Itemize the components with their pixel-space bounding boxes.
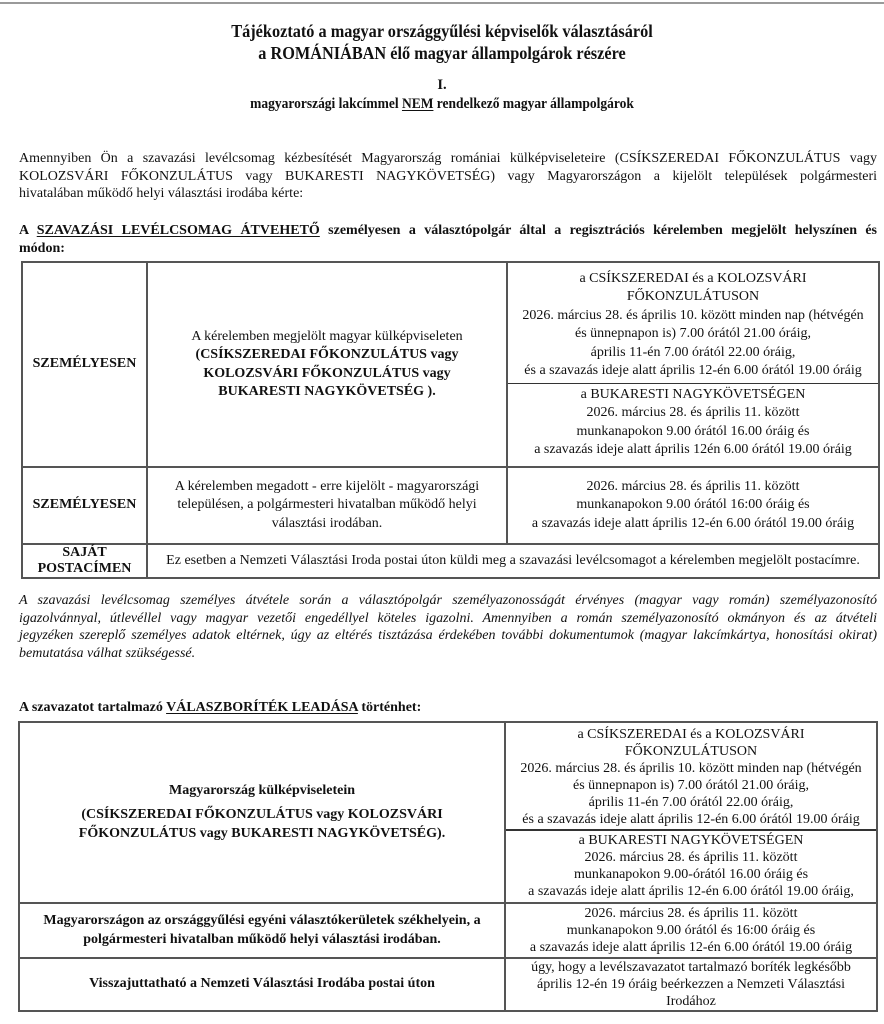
place-text: (CSÍKSZEREDAI FŐKONZULÁTUS vagy KOLOZSVÁ… xyxy=(22,806,502,825)
return-heading: A szavazatot tartalmazó VÁLASZBORÍTÉK LE… xyxy=(19,699,421,716)
place-text: Magyarország külképviseletein xyxy=(22,782,502,801)
time-text: és a szavazás ideje alatt április 12-én … xyxy=(508,811,874,828)
intro-paragraph: Amennyiben Ön a szavazási levélcsomag ké… xyxy=(19,150,877,203)
time-cell: 2026. március 28. és április 11. között … xyxy=(505,903,877,958)
time-text: munkanapokon 9.00 órától 16:00 óráig és xyxy=(510,496,876,515)
document-title: Tájékoztató a magyar országgyűlési képvi… xyxy=(31,20,853,64)
place-text: FŐKONZULÁTUS vagy BUKARESTI NAGYKÖVETSÉG… xyxy=(22,825,502,844)
heading-text: személyesen a választópolgár által a reg… xyxy=(320,223,877,238)
time-cell: úgy, hogy a levélszavazatot tartalmazó b… xyxy=(505,958,877,1011)
note-line: A szavazási levélcsomag személyes átvéte… xyxy=(19,592,877,610)
intro-line: hivatalában működő helyi választási irod… xyxy=(19,185,877,203)
time-text: 2026. március 28. és április 10. között … xyxy=(508,760,874,777)
time-text: munkanapokon 9.00 órától 16.00 óráig és xyxy=(510,423,876,442)
table-row: Visszajuttatható a Nemzeti Választási Ir… xyxy=(19,958,877,1011)
title-line-1: Tájékoztató a magyar országgyűlési képvi… xyxy=(31,20,853,42)
time-text: a szavazás ideje alatt április 12-én 6.0… xyxy=(508,883,874,900)
heading-underlined: VÁLASZBORÍTÉK LEADÁSA xyxy=(166,700,358,715)
time-cell: a CSÍKSZEREDAI és a KOLOZSVÁRI FŐKONZULÁ… xyxy=(507,262,879,467)
place-cell: Magyarország külképviseletein (CSÍKSZERE… xyxy=(19,722,505,903)
place-text: BUKARESTI NAGYKÖVETSÉG ). xyxy=(150,383,504,402)
subtitle-text: magyarországi lakcímmel xyxy=(250,96,402,112)
place-cell: Magyarországon az országgyűlési egyéni v… xyxy=(19,903,505,958)
heading-underlined: SZAVAZÁSI LEVÉLCSOMAG ÁTVEHETŐ xyxy=(37,223,320,238)
mode-text: POSTACÍMEN xyxy=(25,561,144,577)
time-text: április 12-én 19 óráig beérkezzen a Nemz… xyxy=(508,976,874,993)
table-row: SZEMÉLYESEN A kérelemben megadott - erre… xyxy=(22,467,879,544)
time-text: a BUKARESTI NAGYKÖVETSÉGEN xyxy=(510,386,876,405)
time-text: és ünnepnapon is) 7.00 órától 21.00 órái… xyxy=(510,325,876,344)
time-text: a szavazás ideje alatt április 12-én 6.0… xyxy=(508,939,874,956)
time-text: április 11-én 7.00 órától 22.00 óráig, xyxy=(510,344,876,363)
time-text: 2026. március 28. és április 10. között … xyxy=(510,307,876,326)
time-text: úgy, hogy a levélszavazatot tartalmazó b… xyxy=(508,959,874,976)
time-cell: 2026. március 28. és április 11. között … xyxy=(507,467,879,544)
time-text: és ünnepnapon is) 7.00 órától 21.00 órái… xyxy=(508,777,874,794)
place-text: polgármesteri hivatalban működő helyi vá… xyxy=(22,931,502,950)
pickup-heading: A SZAVAZÁSI LEVÉLCSOMAG ÁTVEHETŐ személy… xyxy=(19,222,877,257)
mode-text: SAJÁT xyxy=(25,545,144,561)
heading-text: történhet: xyxy=(358,700,421,715)
id-note-paragraph: A szavazási levélcsomag személyes átvéte… xyxy=(19,592,877,662)
time-text: a CSÍKSZEREDAI és a KOLOZSVÁRI xyxy=(508,726,874,743)
place-cell: Visszajuttatható a Nemzeti Választási Ir… xyxy=(19,958,505,1011)
table-row: Magyarországon az országgyűlési egyéni v… xyxy=(19,903,877,958)
time-text: április 11-én 7.00 órától 22.00 óráig, xyxy=(508,794,874,811)
mode-cell: SAJÁT POSTACÍMEN xyxy=(22,544,147,578)
place-text: választási irodában. xyxy=(150,515,504,534)
place-cell: A kérelemben megjelölt magyar külképvise… xyxy=(147,262,507,467)
note-line: igazolvánnyal, útlevéllel vagy magyar ve… xyxy=(19,610,877,628)
note-line: jegyzéken szereplő személyes adatok elté… xyxy=(19,627,877,645)
section-number: I. xyxy=(0,76,884,94)
time-text: a BUKARESTI NAGYKÖVETSÉGEN xyxy=(508,832,874,849)
time-text: 2026. március 28. és április 11. között xyxy=(510,478,876,497)
time-text: és a szavazás ideje alatt április 12-én … xyxy=(510,362,876,381)
time-text: 2026. március 28. és április 11. között xyxy=(508,849,874,866)
intro-line: Amennyiben Ön a szavazási levélcsomag ké… xyxy=(19,150,877,168)
time-cell: a CSÍKSZEREDAI és a KOLOZSVÁRI FŐKONZULÁ… xyxy=(505,722,877,903)
table-row: SZEMÉLYESEN A kérelemben megjelölt magya… xyxy=(22,262,879,467)
note-line: bemutatása válhat szükségessé. xyxy=(19,645,877,663)
place-text: településen, a polgármesteri hivatalban … xyxy=(150,496,504,515)
return-table: Magyarország külképviseletein (CSÍKSZERE… xyxy=(18,721,878,1012)
title-line-2: a ROMÁNIÁBAN élő magyar állampolgárok ré… xyxy=(31,42,853,64)
place-cell: A kérelemben megadott - erre kijelölt - … xyxy=(147,467,507,544)
place-text: KOLOZSVÁRI FŐKONZULÁTUS vagy xyxy=(150,365,504,384)
mode-cell: SZEMÉLYESEN xyxy=(22,467,147,544)
heading-text: módon: xyxy=(19,240,877,258)
mode-cell: SZEMÉLYESEN xyxy=(22,262,147,467)
table-row: Magyarország külképviseletein (CSÍKSZERE… xyxy=(19,722,877,903)
time-text: a CSÍKSZEREDAI és a KOLOZSVÁRI xyxy=(510,270,876,289)
subtitle-text: rendelkező magyar állampolgárok xyxy=(433,96,633,112)
page-top-border xyxy=(0,2,884,4)
time-text: 2026. március 28. és április 11. között xyxy=(508,905,874,922)
pickup-table: SZEMÉLYESEN A kérelemben megjelölt magya… xyxy=(21,261,880,579)
time-text: Irodához xyxy=(508,993,874,1010)
subtitle-emphasis: NEM xyxy=(402,96,433,112)
time-text: munkanapokon 9.00-órától 16.00 óráig és xyxy=(508,866,874,883)
place-text: A kérelemben megjelölt magyar külképvise… xyxy=(150,328,504,347)
heading-text: A xyxy=(19,223,37,238)
heading-text: A szavazatot tartalmazó xyxy=(19,700,166,715)
description-cell: Ez esetben a Nemzeti Választási Iroda po… xyxy=(147,544,879,578)
time-text: FŐKONZULÁTUSON xyxy=(508,743,874,760)
time-text: a szavazás ideje alatt április 12-én 6.0… xyxy=(510,515,876,534)
place-text: Magyarországon az országgyűlési egyéni v… xyxy=(22,912,502,931)
place-text: A kérelemben megadott - erre kijelölt - … xyxy=(150,478,504,497)
time-text: 2026. március 28. és április 11. között xyxy=(510,404,876,423)
table-row: SAJÁT POSTACÍMEN Ez esetben a Nemzeti Vá… xyxy=(22,544,879,578)
section-subtitle: magyarországi lakcímmel NEM rendelkező m… xyxy=(31,95,853,113)
place-text: (CSÍKSZEREDAI FŐKONZULÁTUS vagy xyxy=(150,346,504,365)
time-text: a szavazás ideje alatt április 12én 6.00… xyxy=(510,441,876,460)
time-text: FŐKONZULÁTUSON xyxy=(510,288,876,307)
intro-line: KOLOZSVÁRI FŐKONZULÁTUS vagy BUKARESTI N… xyxy=(19,168,877,186)
time-text: munkanapokon 9.00 órától és 16:00 óráig … xyxy=(508,922,874,939)
